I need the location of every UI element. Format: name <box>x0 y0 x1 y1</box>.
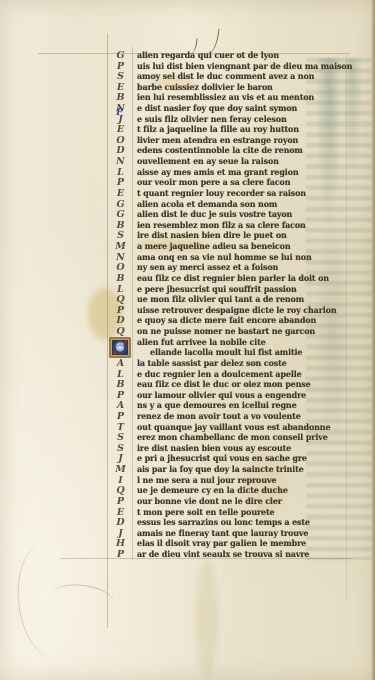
verse-line: Samoy sel dist le duc comment avez a non <box>0 71 375 82</box>
line-text: erez mon chambellanc de mon conseil priv… <box>137 432 328 443</box>
manuscript-photo: Galien regarda qui cuer ot de lyonPuis l… <box>0 0 375 680</box>
line-text: ue je demeure cy en la dicte duche <box>137 485 288 496</box>
verse-line: Ony sen ay merci assez et a foison <box>0 262 375 273</box>
verse-line: Je suis filz olivier nen feray celeson <box>0 114 375 125</box>
verse-line: Laisse ay mes amis et ma grant region <box>0 167 375 178</box>
verse-line: Serez mon chambellanc de mon conseil pri… <box>0 432 375 443</box>
line-initial: P <box>110 177 131 188</box>
line-initial: Q <box>110 326 131 337</box>
line-text: out quanque jay vaillant vous est abando… <box>137 422 330 433</box>
verse-line: Puisse retrouver despaigne dicte le roy … <box>0 305 375 316</box>
verse-line: Dedens costentinnoble la cite de renom <box>0 145 375 156</box>
verse-line: Et filz a jaqueline la fille au roy hutt… <box>0 124 375 135</box>
verse-line: alien fut arrivee la nobile cite <box>0 337 375 348</box>
line-text: alien acola et demanda son nom <box>137 199 277 210</box>
line-initial: D <box>110 517 131 528</box>
line-text: ama onq en sa vie nul homme se lui non <box>137 252 312 263</box>
line-text: barbe cuissiez dolivier le baron <box>137 82 273 93</box>
line-text: eau filz ce dist le duc or oiez mon pens… <box>137 379 311 390</box>
line-text: essus les sarrazins ou lonc temps a este <box>137 517 310 528</box>
line-initial: E <box>110 124 131 135</box>
line-text: e suis filz olivier nen feray celeson <box>137 114 287 125</box>
line-text: ais par la foy que doy la saincte trinit… <box>137 464 304 475</box>
line-text: e duc regnier len a doulcement apelle <box>137 369 302 380</box>
line-text: ouvellement en ay seue la raison <box>137 156 279 167</box>
verse-line: Galien dist le duc je suis vostre tayon <box>0 209 375 220</box>
line-initial: Q <box>110 485 131 496</box>
verse-line: Galien acola et demanda son nom <box>0 199 375 210</box>
line-text: t filz a jaqueline la fille au roy hutto… <box>137 124 299 135</box>
line-initial: J <box>110 453 131 464</box>
verse-line: Bien resemblez mon filz a sa clere facon <box>0 220 375 231</box>
line-initial: E <box>110 188 131 199</box>
verse-line: Pour lamour olivier qui vous a engendre <box>0 390 375 401</box>
line-text: our lamour olivier qui vous a engendre <box>137 390 306 401</box>
line-initial: S <box>110 432 131 443</box>
line-text: e pri a jhesucrist qui vous en sache gre <box>137 453 307 464</box>
line-initial: M <box>110 241 131 252</box>
page-edge-shadow <box>371 0 375 680</box>
line-text: ny sen ay merci assez et a foison <box>137 262 278 273</box>
line-initial: N <box>110 156 131 167</box>
line-text: alien fut arrivee la nobile cite <box>137 337 266 348</box>
line-text: elas il disoit vray par galien le membre <box>137 538 306 549</box>
line-initial: A <box>110 358 131 369</box>
line-text: alien regarda qui cuer ot de lyon <box>137 50 279 61</box>
line-initial: L <box>110 369 131 380</box>
line-initial: S <box>110 71 131 82</box>
verse-line: De quoy sa dicte mere fait encore abando… <box>0 315 375 326</box>
verse-line: Et quant regnier louy recorder sa raison <box>0 188 375 199</box>
verse-line: Jamais ne fineray tant que lauray trouve <box>0 528 375 539</box>
illuminated-initial: G <box>110 338 130 357</box>
verse-line: Le duc regnier len a doulcement apelle <box>0 369 375 380</box>
verse-line: Qon ne puisse nomer ne bastart ne garcon <box>0 326 375 337</box>
line-text: on ne puisse nomer ne bastart ne garcon <box>137 326 315 337</box>
verse-line: Helas il disoit vray par galien le membr… <box>0 538 375 549</box>
line-initial: N <box>110 252 131 263</box>
illuminated-initial-letter: G <box>116 342 125 353</box>
line-initial: T <box>110 422 131 433</box>
line-text: eau filz ce dist regnier bien parler la … <box>137 273 329 284</box>
line-initial: H <box>110 538 131 549</box>
verse-line: Ne dist nasier foy que doy saint symon <box>0 103 375 114</box>
line-initial: S <box>110 443 131 454</box>
line-initial: P <box>110 549 131 560</box>
line-text: amais ne fineray tant que lauray trouve <box>137 528 308 539</box>
line-text: uisse retrouver despaigne dicte le roy c… <box>137 305 336 316</box>
verse-line: Tout quanque jay vaillant vous est aband… <box>0 422 375 433</box>
verse-line: Le pere jhesucrist qui souffrit passion <box>0 284 375 295</box>
line-initial: G <box>110 199 131 210</box>
line-text: e pere jhesucrist qui souffrit passion <box>137 284 297 295</box>
verse-line: Que mon filz olivier qui tant a de renom <box>0 294 375 305</box>
line-initial: P <box>110 305 131 316</box>
line-initial: E <box>110 82 131 93</box>
line-initial: S <box>110 230 131 241</box>
line-initial: O <box>110 262 131 273</box>
line-text: amoy sel dist le duc comment avez a non <box>137 71 314 82</box>
line-initial: P <box>110 390 131 401</box>
line-text: renez de mon avoir tout a vo voulente <box>137 411 301 422</box>
line-initial: O <box>110 135 131 146</box>
marginal-letter: F <box>116 107 123 118</box>
line-text: livier men atendra en estrange royon <box>137 135 298 146</box>
line-initial: M <box>110 464 131 475</box>
line-initial: G <box>110 209 131 220</box>
line-initial: B <box>110 220 131 231</box>
verse-line: Dessus les sarrazins ou lonc temps a est… <box>0 517 375 528</box>
line-text: t quant regnier louy recorder sa raison <box>137 188 306 199</box>
verse-line: Sire dist nasien bien dire le puet on <box>0 230 375 241</box>
line-initial: D <box>110 315 131 326</box>
line-initial: L <box>110 167 131 178</box>
line-initial: E <box>110 507 131 518</box>
verse-line: Mais par la foy que doy la saincte trini… <box>0 464 375 475</box>
line-text: edens costentinnoble la cite de renom <box>137 145 303 156</box>
line-initial: B <box>110 273 131 284</box>
line-text: ire dist nasien bien vous ay escoute <box>137 443 291 454</box>
line-text: ellande lacolla moult lui fist amitie <box>150 347 302 358</box>
line-text: ire dist nasien bien dire le puet on <box>137 230 287 241</box>
line-text: l ne me sera a nul jour reprouve <box>137 475 276 486</box>
verse-line: Nama onq en sa vie nul homme se lui non <box>0 252 375 263</box>
line-initial: A <box>110 400 131 411</box>
verse-line: Ebarbe cuissiez dolivier le baron <box>0 82 375 93</box>
verse-line: Ala table sassist par delez son coste <box>0 358 375 369</box>
line-text: our veoir mon pere a sa clere facon <box>137 177 290 188</box>
line-text: ns y a que demoures en icellui regne <box>137 400 297 411</box>
verse-line: Pour veoir mon pere a sa clere facon <box>0 177 375 188</box>
line-text: la table sassist par delez son coste <box>137 358 287 369</box>
verse-line: Puis lui dist bien viengnant par de dieu… <box>0 61 375 72</box>
verse-line: Beau filz ce dist regnier bien parler la… <box>0 273 375 284</box>
verse-line: Prenez de mon avoir tout a vo voulente <box>0 411 375 422</box>
line-initial: G <box>110 50 131 61</box>
line-initial: J <box>110 528 131 539</box>
verse-line: Il ne me sera a nul jour reprouve <box>0 475 375 486</box>
verse-line: Ma mere jaqueline adieu sa beneicon <box>0 241 375 252</box>
verse-line: Je pri a jhesucrist qui vous en sache gr… <box>0 453 375 464</box>
line-initial: I <box>110 475 131 486</box>
verse-line: Beau filz ce dist le duc or oiez mon pen… <box>0 379 375 390</box>
line-initial: P <box>110 411 131 422</box>
line-text: uis lui dist bien viengnant par de dieu … <box>137 61 352 72</box>
verse-line: Nouvellement en ay seue la raison <box>0 156 375 167</box>
line-text: e dist nasier foy que doy saint symon <box>137 103 297 114</box>
verse-line: Et mon pere soit en telle pourete <box>0 507 375 518</box>
line-initial: Q <box>110 294 131 305</box>
line-text: ien lui resemblissiez au vis et au mento… <box>137 92 314 103</box>
verse-line: Bien lui resemblissiez au vis et au ment… <box>0 92 375 103</box>
line-text: our bonne vie dont ne le dire cler <box>137 496 282 507</box>
line-text: aisse ay mes amis et ma grant region <box>137 167 299 178</box>
verse-line: Galien regarda qui cuer ot de lyon <box>0 50 375 61</box>
line-initial: P <box>110 61 131 72</box>
line-initial: B <box>110 92 131 103</box>
line-text: e quoy sa dicte mere fait encore abandon <box>137 315 316 326</box>
line-text: ar de dieu vint seaulx se trouva si navr… <box>137 549 309 560</box>
line-initial: D <box>110 145 131 156</box>
line-initial: B <box>110 379 131 390</box>
verse-line: Que je demeure cy en la dicte duche <box>0 485 375 496</box>
verse-line: Ans y a que demoures en icellui regne <box>0 400 375 411</box>
verse-line: ellande lacolla moult lui fist amitie <box>0 347 375 358</box>
line-text: ien resemblez mon filz a sa clere facon <box>137 220 306 231</box>
verse-line: Pour bonne vie dont ne le dire cler <box>0 496 375 507</box>
line-text: ue mon filz olivier qui tant a de renom <box>137 294 304 305</box>
line-initial: P <box>110 496 131 507</box>
line-text: t mon pere soit en telle pourete <box>137 507 274 518</box>
text-block: Galien regarda qui cuer ot de lyonPuis l… <box>0 0 375 680</box>
verse-line: Par de dieu vint seaulx se trouva si nav… <box>0 549 375 560</box>
line-text: alien dist le duc je suis vostre tayon <box>137 209 292 220</box>
line-text: a mere jaqueline adieu sa beneicon <box>137 241 291 252</box>
verse-line: Sire dist nasien bien vous ay escoute <box>0 443 375 454</box>
line-initial: L <box>110 284 131 295</box>
verse-line: Olivier men atendra en estrange royon <box>0 135 375 146</box>
